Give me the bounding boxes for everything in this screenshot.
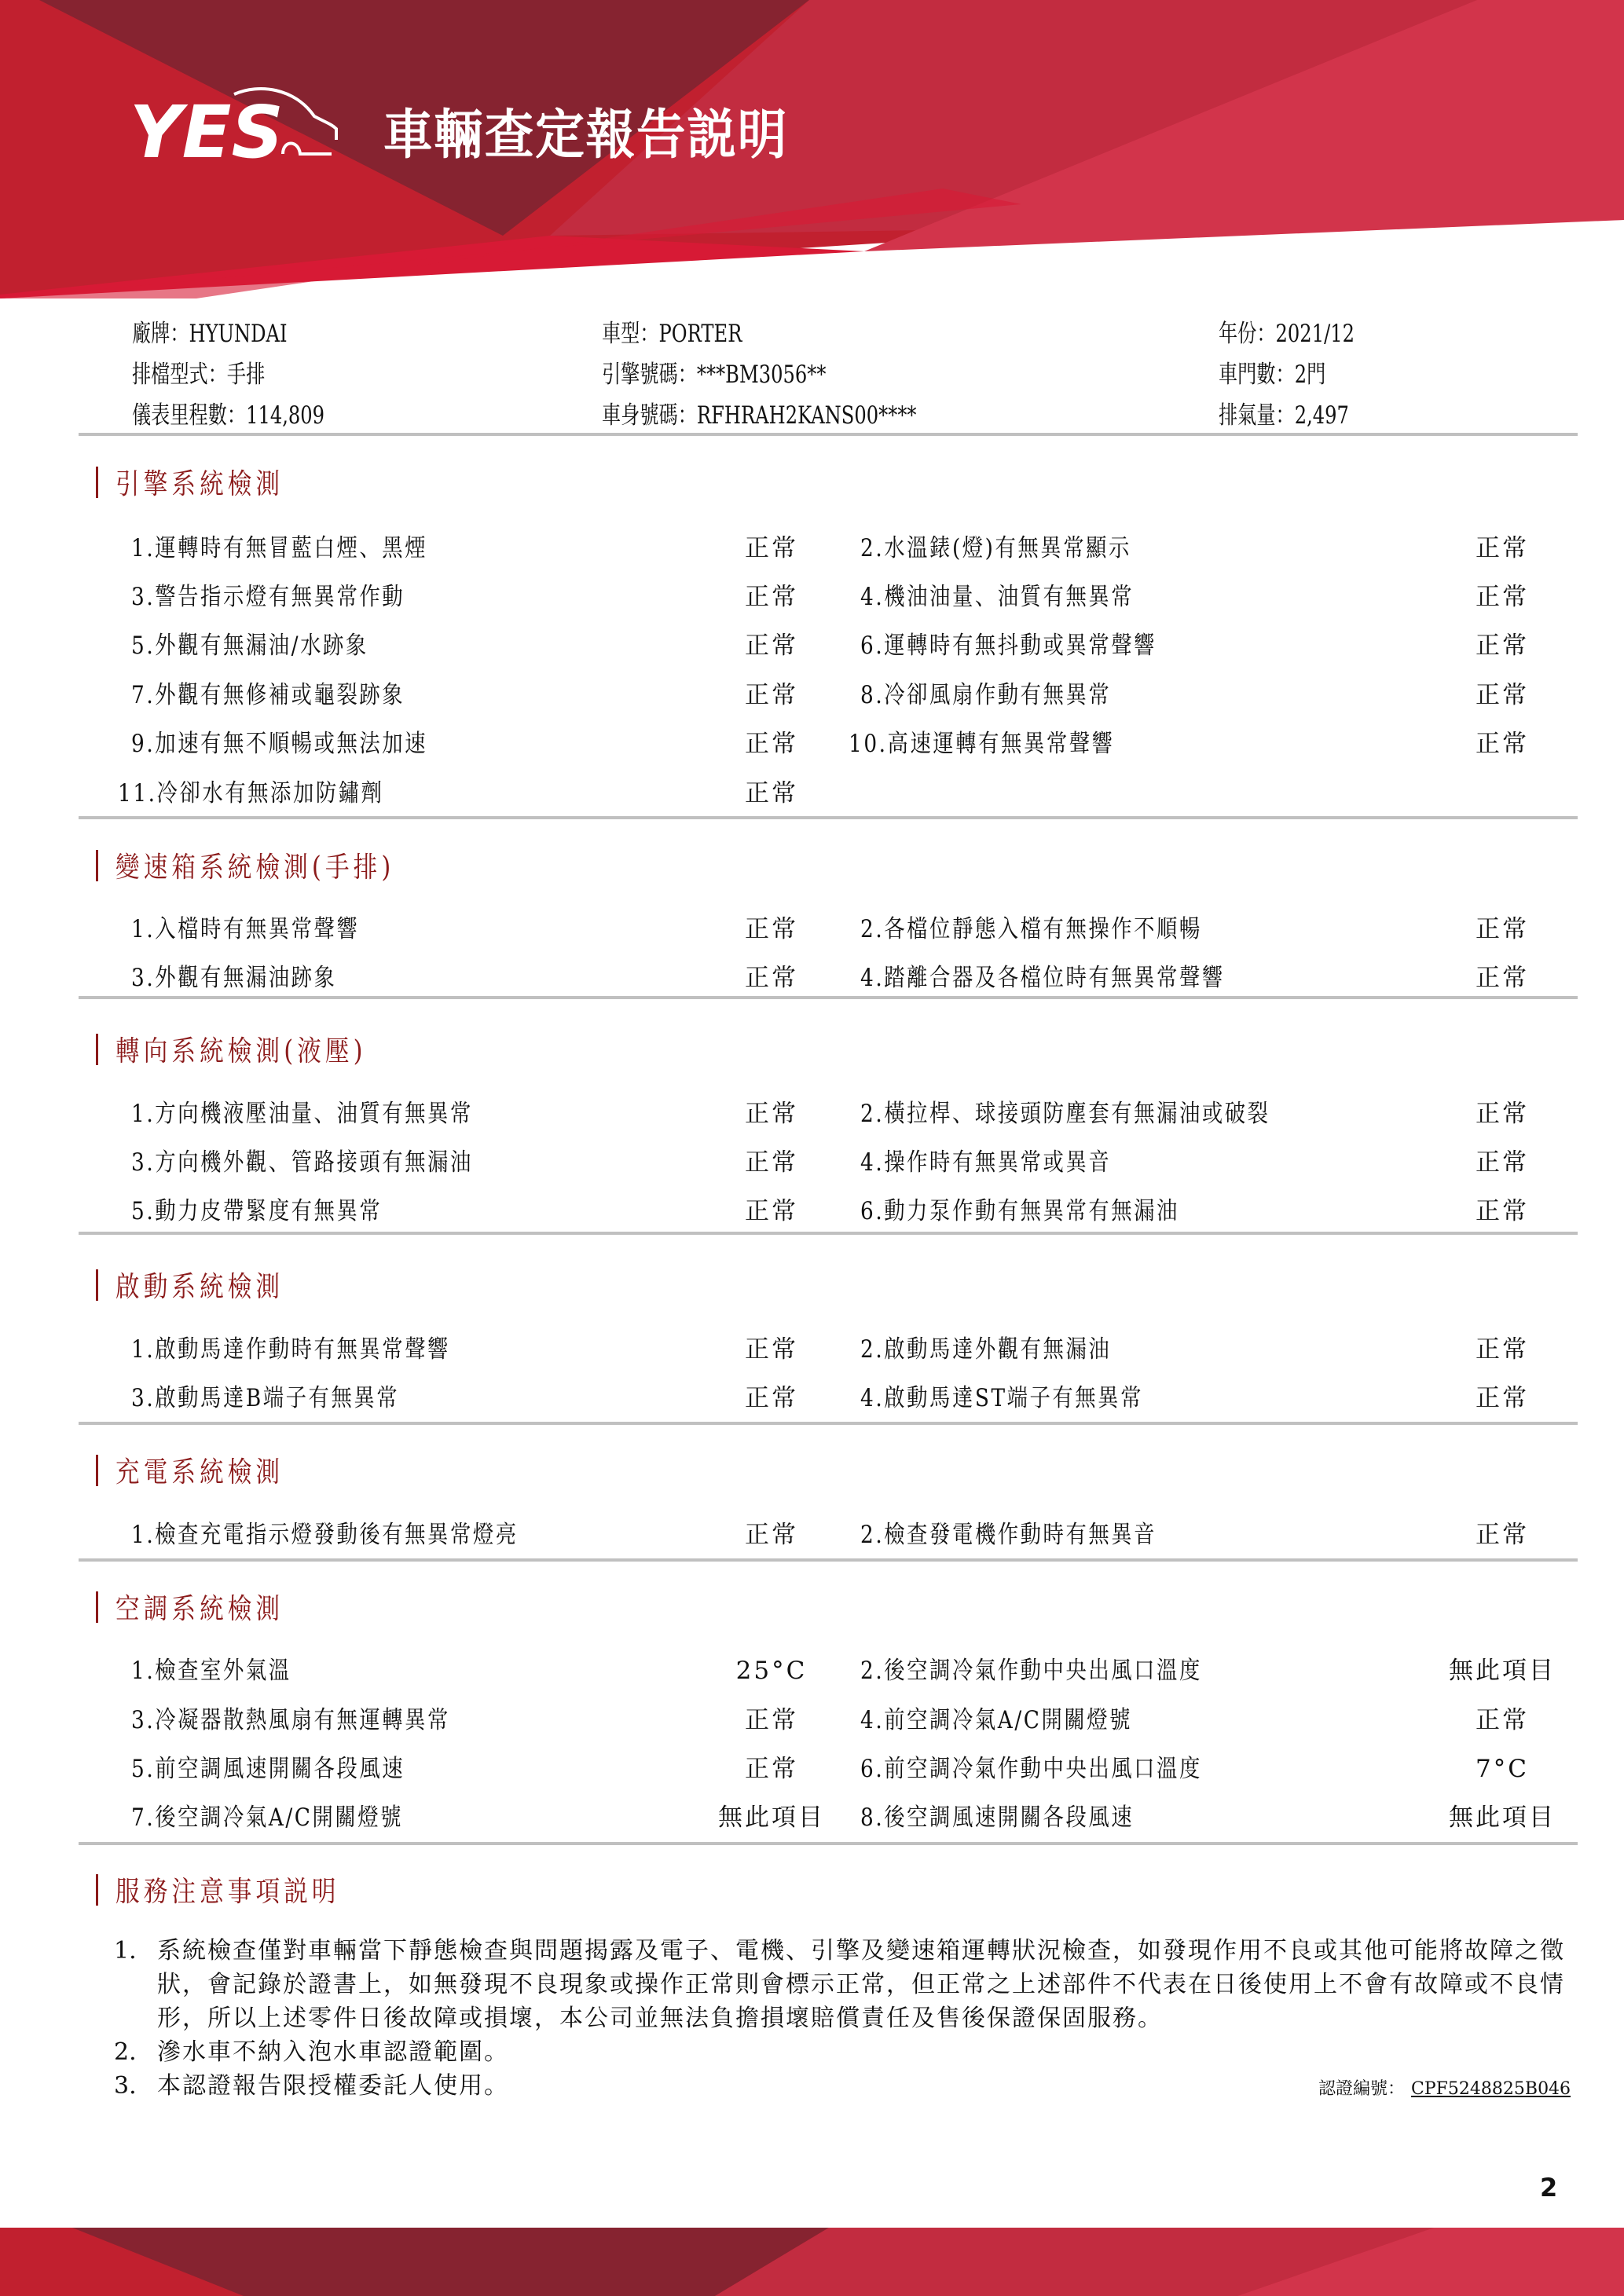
list-item: 4.啟動馬達ST端子有無異常	[860, 1382, 1193, 1414]
item-value: 正常	[717, 778, 827, 809]
list-item: 2.水溫錶(燈)有無異常顯示	[860, 533, 1179, 564]
list-item: 4.踏離合器及各檔位時有無異常聲響	[860, 962, 1289, 994]
engine-number: 引擎號碼：***BM3056**	[602, 354, 1083, 390]
list-item: 2.橫拉桿、球接頭防塵套有無漏油或破裂	[860, 1098, 1343, 1130]
item-value: 正常	[1447, 1519, 1557, 1551]
list-item: 8.冷卻風扇作動有無異常	[860, 679, 1156, 711]
section-bar	[96, 1591, 98, 1623]
list-item: 2.後空調冷氣作動中央出風口溫度	[860, 1655, 1263, 1686]
brand: 廠牌：HYUNDAI	[132, 313, 498, 349]
list-item: 1.方向機液壓油量、油質有無異常	[131, 1098, 533, 1130]
vin: 車身號碼：RFHRAH2KANS00****	[602, 395, 1083, 430]
item-value: 正常	[717, 962, 827, 994]
list-item: 10.高速運轉有無異常聲響	[849, 728, 1161, 760]
section-title-charging: 充電系統檢測	[96, 1450, 313, 1490]
item-value: 無此項目	[717, 1802, 827, 1833]
item-value: 正常	[717, 630, 827, 661]
transmission: 排檔型式：手排	[132, 354, 498, 390]
year: 年份：2021/12	[1219, 313, 1464, 349]
item-value: 正常	[717, 1705, 827, 1736]
divider	[79, 816, 1578, 819]
section-title-ac: 空調系統檢測	[96, 1587, 313, 1627]
item-value: 7°C	[1447, 1753, 1557, 1785]
item-value: 正常	[717, 1519, 827, 1551]
item-value: 正常	[717, 679, 827, 711]
item-value: 正常	[717, 1147, 827, 1178]
item-value: 正常	[1447, 1196, 1557, 1227]
list-item: 4.操作時有無異常或異音	[860, 1147, 1156, 1178]
page-title: 車輛查定報告説明	[383, 93, 788, 169]
info-row: 廠牌：HYUNDAI 車型：PORTER 年份：2021/12	[132, 310, 1578, 351]
item-value: 正常	[1447, 1147, 1557, 1178]
page-number: 2	[1540, 2173, 1557, 2203]
item-value: 正常	[1447, 962, 1557, 994]
item-value: 25°C	[717, 1655, 827, 1686]
list-item: 7.外觀有無修補或龜裂跡象	[131, 679, 453, 711]
section-bar	[96, 850, 98, 881]
list-item: 5.前空調風速開關各段風速	[131, 1753, 453, 1785]
doors: 車門數：2門	[1219, 354, 1464, 390]
info-row: 儀表里程數：114,809 車身號碼：RFHRAH2KANS00**** 排氣量…	[132, 392, 1578, 433]
certificate-number: 認證編號：CPF5248825B046	[1318, 2075, 1574, 2100]
section-bar	[96, 1034, 98, 1065]
displacement: 排氣量：2,497	[1219, 395, 1464, 430]
item-value: 正常	[717, 1196, 827, 1227]
section-title-starter: 啟動系統檢測	[96, 1265, 313, 1305]
list-item: 4.機油油量、油質有無異常	[860, 581, 1182, 613]
item-value: 正常	[717, 1334, 827, 1365]
divider	[79, 1558, 1578, 1562]
list-item: 3.冷凝器散熱風扇有無運轉異常	[131, 1705, 507, 1736]
item-value: 無此項目	[1447, 1655, 1557, 1686]
list-item: 5.動力皮帶緊度有無異常	[131, 1196, 427, 1227]
list-item: 3.外觀有無漏油跡象	[131, 962, 373, 994]
list-item: 2.檢查發電機作動時有無異音	[860, 1519, 1209, 1551]
list-item: 3.方向機外觀、管路接頭有無漏油	[131, 1147, 533, 1178]
list-item: 2.各檔位靜態入檔有無操作不順暢	[860, 914, 1263, 945]
logo-text: YES	[130, 90, 284, 171]
item-value: 正常	[1447, 1382, 1557, 1414]
item-value: 正常	[717, 1382, 827, 1414]
item-value: 正常	[717, 1098, 827, 1130]
note-item: 1.系統檢查僅對車輛當下靜態檢查與問題揭露及電子、電機、引擎及變速箱運轉狀況檢查…	[114, 1934, 1575, 2035]
item-value: 正常	[1447, 630, 1557, 661]
item-value: 正常	[717, 581, 827, 613]
mileage: 儀表里程數：114,809	[132, 395, 498, 430]
list-item: 2.啟動馬達外觀有無漏油	[860, 1334, 1156, 1365]
yes-logo: YES	[126, 85, 361, 171]
note-item: 2.滲水車不納入泡水車認證範圍。	[114, 2035, 1575, 2069]
list-item: 1.啟動馬達作動時有無異常聲響	[131, 1334, 507, 1365]
section-title-notes: 服務注意事項説明	[96, 1869, 379, 1910]
section-bar	[96, 467, 98, 498]
item-value: 正常	[717, 533, 827, 564]
list-item: 1.檢查充電指示燈發動後有無異常燈亮	[131, 1519, 587, 1551]
list-item: 1.檢查室外氣溫	[131, 1655, 320, 1686]
item-value: 正常	[1447, 1705, 1557, 1736]
list-item: 4.前空調冷氣A/C開關燈號	[860, 1705, 1180, 1736]
list-item: 11.冷卻水有無添加防鏽劑	[118, 778, 431, 809]
item-value: 無此項目	[1447, 1802, 1557, 1833]
item-value: 正常	[717, 1753, 827, 1785]
info-row: 排檔型式：手排 引擎號碼：***BM3056** 車門數：2門	[132, 351, 1578, 392]
divider	[79, 1232, 1578, 1235]
section-bar	[96, 1455, 98, 1486]
footer-banner	[0, 2228, 1624, 2296]
divider	[79, 1842, 1578, 1845]
section-title-engine: 引擎系統檢測	[96, 462, 313, 502]
item-value: 正常	[1447, 679, 1557, 711]
list-item: 8.後空調風速開關各段風速	[860, 1802, 1182, 1833]
list-item: 1.入檔時有無異常聲響	[131, 914, 400, 945]
section-title-steering: 轉向系統檢測(液壓)	[96, 1029, 411, 1069]
list-item: 6.運轉時有無抖動或異常聲響	[860, 630, 1209, 661]
divider	[79, 996, 1578, 999]
section-title-transmission: 變速箱系統檢測(手排)	[96, 845, 444, 885]
list-item: 3.警告指示燈有無異常作動	[131, 581, 453, 613]
list-item: 7.後空調冷氣A/C開關燈號	[131, 1802, 451, 1833]
list-item: 6.前空調冷氣作動中央出風口溫度	[860, 1753, 1263, 1785]
list-item: 5.外觀有無漏油/水跡象	[131, 630, 410, 661]
item-value: 正常	[1447, 581, 1557, 613]
item-value: 正常	[1447, 914, 1557, 945]
item-value: 正常	[1447, 1098, 1557, 1130]
item-value: 正常	[1447, 728, 1557, 760]
item-value: 正常	[717, 728, 827, 760]
list-item: 3.啟動馬達B端子有無異常	[131, 1382, 446, 1414]
divider	[79, 1422, 1578, 1425]
divider	[79, 433, 1578, 436]
item-value: 正常	[1447, 1334, 1557, 1365]
item-value: 正常	[717, 914, 827, 945]
section-bar	[96, 1874, 98, 1906]
vehicle-info: 廠牌：HYUNDAI 車型：PORTER 年份：2021/12 排檔型式：手排 …	[132, 310, 1578, 433]
list-item: 9.加速有無不順暢或無法加速	[131, 728, 480, 760]
list-item: 6.動力泵作動有無異常有無漏油	[860, 1196, 1236, 1227]
model: 車型：PORTER	[602, 313, 1083, 349]
section-bar	[96, 1269, 98, 1301]
item-value: 正常	[1447, 533, 1557, 564]
list-item: 1.運轉時有無冒藍白煙、黑煙	[131, 533, 480, 564]
